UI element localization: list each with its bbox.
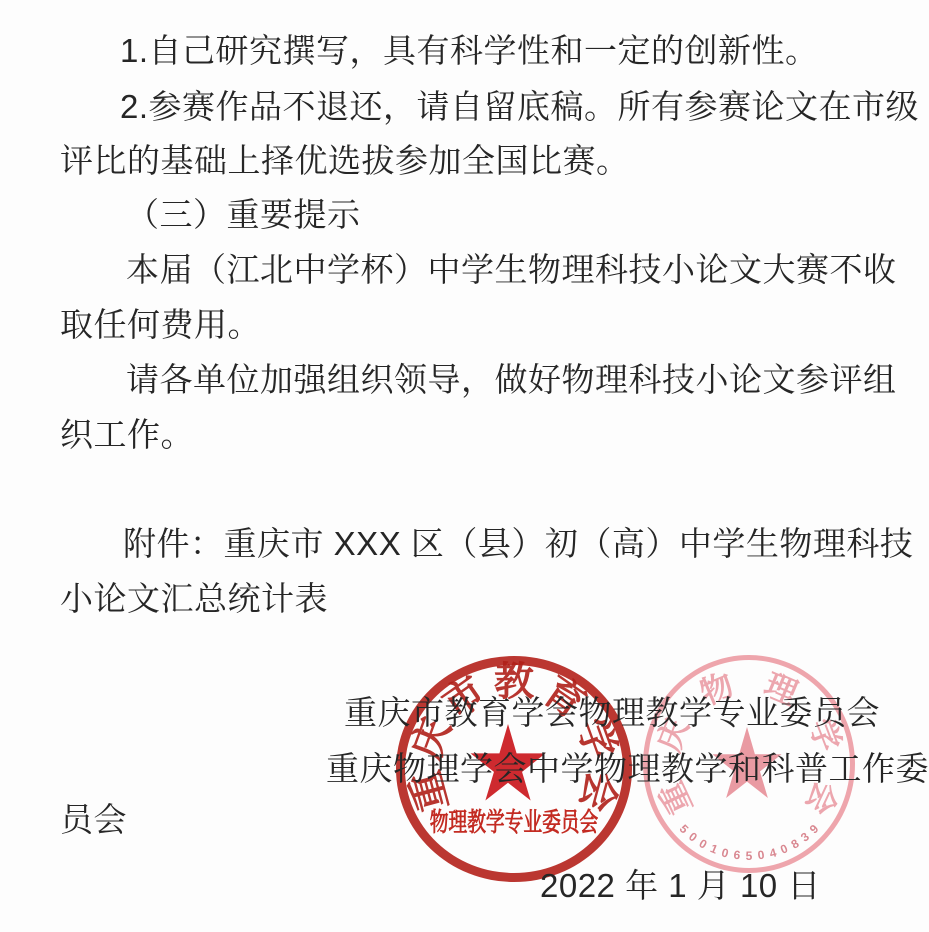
- signature-line-2: 重庆物理学会中学物理教学和科普工作委: [326, 750, 929, 788]
- body-line-2: 2.参赛作品不退还，请自留底稿。所有参赛论文在市级: [120, 88, 919, 126]
- signature-line-3: 员会: [60, 801, 127, 839]
- body-line-1: 1.自己研究撰写，具有科学性和一定的创新性。: [120, 32, 819, 70]
- section-heading: （三）重要提示: [126, 196, 361, 234]
- body-line-8: 织工作。: [60, 416, 194, 454]
- seal-bottom-text: 物理教学专业委员会: [430, 802, 598, 839]
- body-line-5: 本届（江北中学杯）中学生物理科技小论文大赛不收: [126, 251, 897, 289]
- date-line: 2022 年 1 月 10 日: [540, 867, 821, 905]
- attachment-line-1: 附件：重庆市 XXX 区（县）初（高）中学生物理科技: [123, 525, 913, 563]
- attachment-line-2: 小论文汇总统计表: [60, 580, 328, 618]
- document-page: 重 庆 市 教 育 学 会 物理教学专业委员会 重 庆 物 理 学 会 5 0 …: [0, 0, 929, 932]
- signature-line-1: 重庆市教育学会物理教学专业委员会: [344, 694, 880, 732]
- body-line-7: 请各单位加强组织领导，做好物理科技小论文参评组: [126, 361, 897, 399]
- body-line-3: 评比的基础上择优选拔参加全国比赛。: [60, 142, 630, 180]
- body-line-6: 取任何费用。: [60, 306, 261, 344]
- seal-serial-digit: 5: [743, 849, 755, 863]
- seal-serial-digit: 6: [730, 847, 744, 862]
